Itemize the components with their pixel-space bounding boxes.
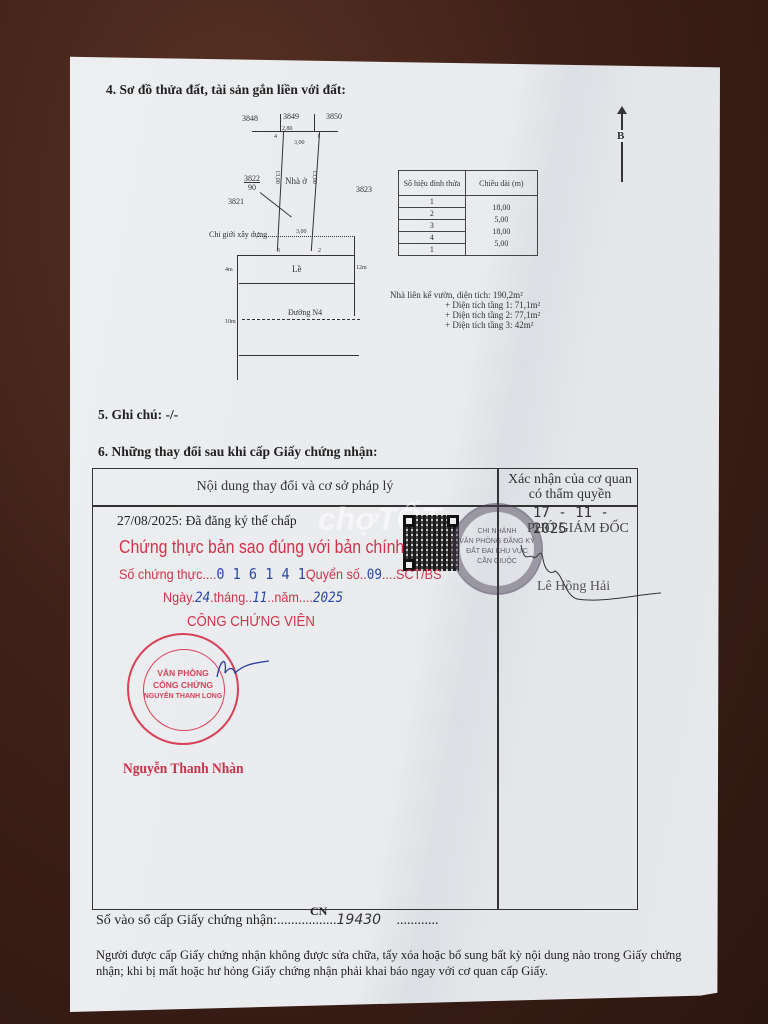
- notary-day: 24: [195, 590, 210, 606]
- parcel-3823: 3823: [356, 185, 372, 194]
- dim-top-inner: 3,00: [294, 140, 305, 146]
- north-label: B: [617, 130, 624, 142]
- notary-cert-line: Số chứng thực....0 1 6 1 4 1Quyển số..09…: [119, 565, 441, 583]
- changes-col1-header: Nội dung thay đổi và cơ sở pháp lý: [93, 479, 497, 495]
- confirm-signer-name: Lê Hồng Hải: [537, 579, 610, 595]
- parcel-number: 3822: [244, 174, 260, 183]
- building-area-info: Nhà liên kế vườn, diện tích: 190,2m² + D…: [390, 290, 540, 330]
- registry-line: Số vào sổ cấp Giấy chứng nhận:..........…: [96, 912, 439, 929]
- notary-year: 2025: [313, 590, 343, 606]
- notary-heading: Chứng thực bản sao đúng với bản chính: [119, 537, 404, 558]
- book-number: 09: [367, 567, 382, 583]
- dim-left: 13,00: [274, 170, 280, 184]
- building-line-label: Chi giới xây dựng: [209, 230, 267, 239]
- road-label: Đường N4: [288, 308, 322, 317]
- changes-col2-header: Xác nhận của cơ quan có thẩm quyền: [505, 472, 635, 502]
- notary-signature: [213, 653, 273, 683]
- section-6-title: 6. Những thay đổi sau khi cấp Giấy chứng…: [98, 444, 378, 460]
- plot-diagram: 3848 3849 3850 3821 3823 2,80 3,00 4 1 1…: [70, 52, 720, 382]
- parcel-3849: 3849: [283, 112, 299, 121]
- vertex-4: 4: [274, 134, 277, 140]
- dim-road-total: 12m: [356, 265, 367, 271]
- notary-signer-name: Nguyễn Thanh Nhàn: [123, 761, 244, 778]
- notary-role: CÔNG CHỨNG VIÊN: [187, 613, 315, 630]
- table-header-vertex: Số hiệu đỉnh thửa: [399, 171, 466, 196]
- notary-month: 11: [252, 590, 267, 606]
- changes-table: Nội dung thay đổi và cơ sở pháp lý Xác n…: [92, 468, 638, 910]
- vertex-2: 2: [318, 248, 321, 254]
- edge-length-table: Số hiệu đỉnh thửa Chiều dài (m) 1 18,00 …: [398, 170, 538, 256]
- dim-top: 2,80: [282, 126, 293, 132]
- notary-office-stamp: VĂN PHÒNG CÔNG CHỨNG NGUYỄN THANH LONG: [127, 633, 239, 745]
- change-entry: 27/08/2025: Đã đăng ký thế chấp: [117, 513, 297, 529]
- dim-road-half: 10m: [225, 319, 236, 325]
- north-arrow-icon: [621, 110, 623, 182]
- registry-prefix: CN: [310, 904, 327, 919]
- dim-right: 13,00: [311, 170, 317, 184]
- vertex-1: 1: [317, 134, 320, 140]
- table-row: 1 18,00 5,00 18,00 5,00: [399, 196, 538, 208]
- map-sheet-number: 90: [248, 183, 256, 192]
- parcel-3850: 3850: [326, 112, 342, 121]
- cert-number: 0 1 6 1 4 1: [216, 565, 305, 583]
- parcel-3848: 3848: [242, 114, 258, 123]
- registry-label: Số vào sổ cấp Giấy chứng nhận:: [96, 913, 277, 928]
- certificate-page: 4. Sơ đồ thửa đất, tài sản gắn liền với …: [70, 52, 720, 1012]
- vertex-3: 3: [277, 248, 280, 254]
- table-header-length: Chiều dài (m): [465, 171, 537, 196]
- dim-setback: 3,00: [296, 229, 307, 235]
- dim-sidewalk: 4m: [225, 267, 233, 273]
- sidewalk-label: Lề: [292, 264, 302, 274]
- house-label: Nhà ở: [285, 176, 307, 186]
- notary-date-line: Ngày.24.tháng..11..năm....2025: [163, 589, 343, 606]
- parcel-3821: 3821: [228, 197, 244, 206]
- footer-note: Người được cấp Giấy chứng nhận không đượ…: [96, 947, 696, 979]
- registry-number: 19430: [337, 912, 397, 928]
- section-5-title: 5. Ghi chú: -/-: [98, 407, 178, 423]
